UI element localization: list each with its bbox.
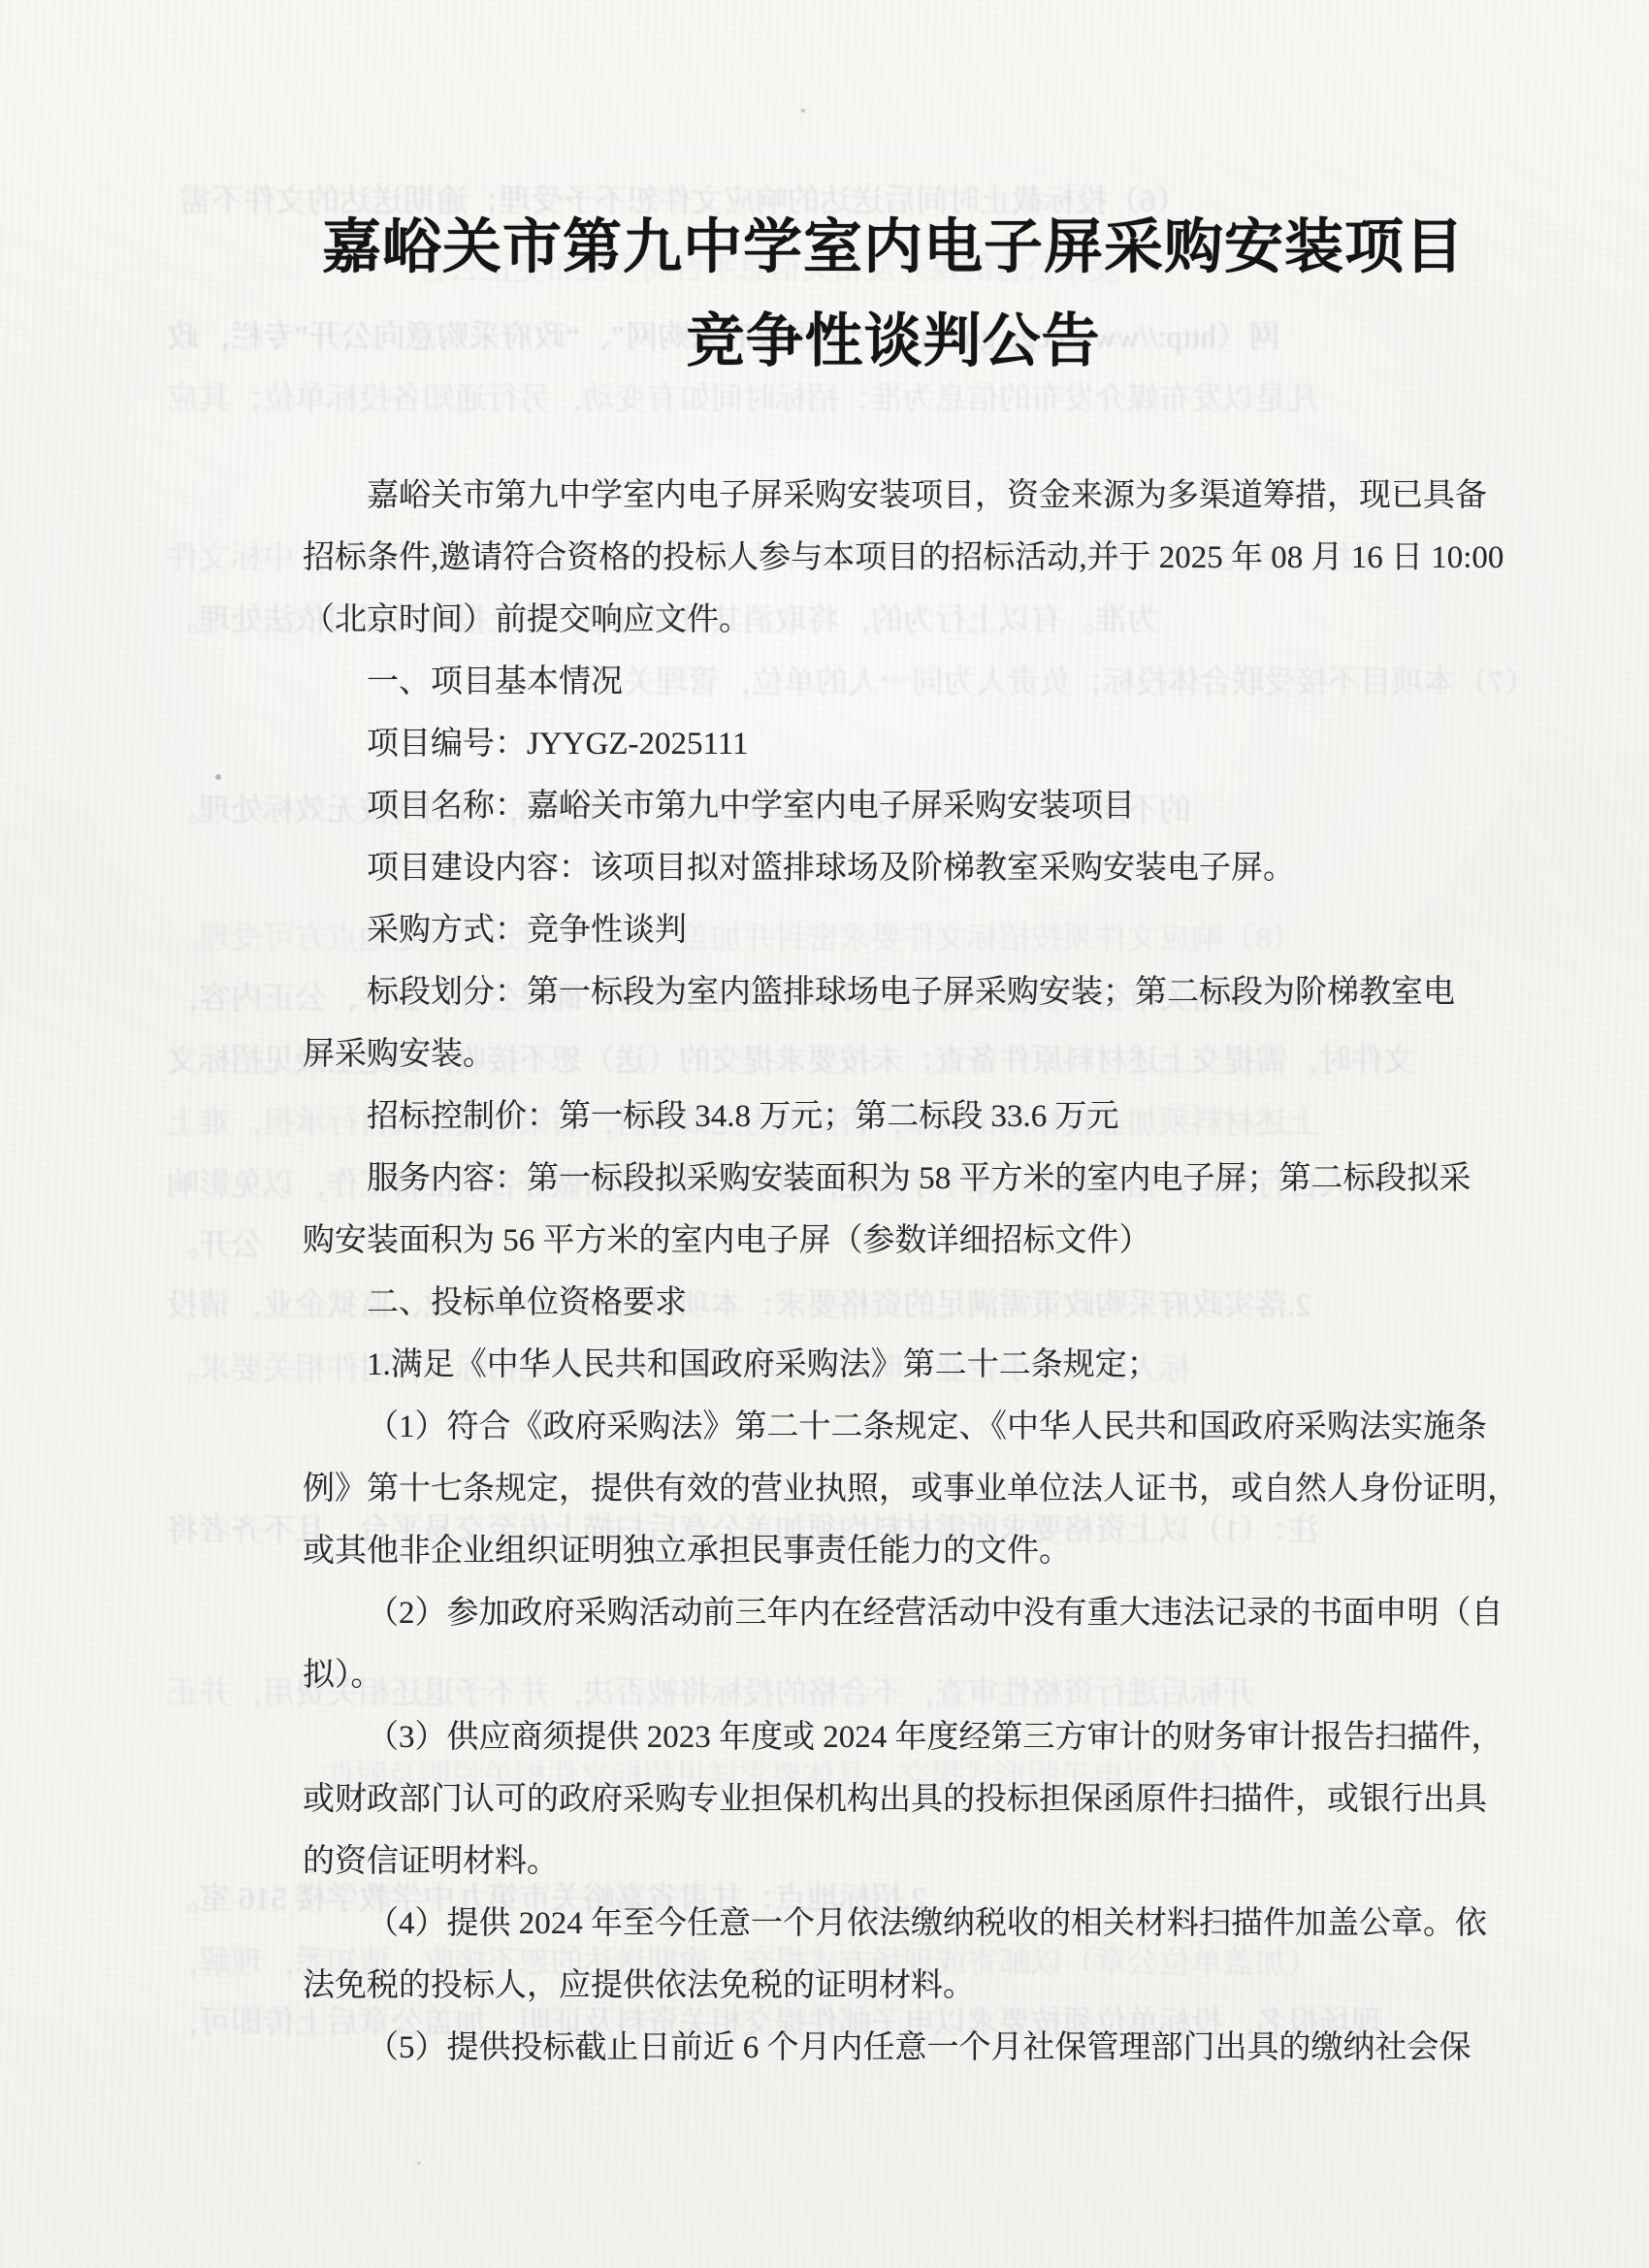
text-line: 或其他非企业组织证明独立承担民事责任能力的文件。	[303, 1520, 1505, 1582]
scanned-document-page: { "colors": { "paper": "#f6f5f2", "ink":…	[0, 0, 1649, 2268]
text-line: （3）供应商须提供 2023 年度或 2024 年度经第三方审计的财务审计报告扫…	[303, 1706, 1505, 1768]
text-line: 法免税的投标人，应提供依法免税的证明材料。	[303, 1955, 1505, 2017]
text-line: 服务内容：第一标段拟采购安装面积为 58 平方米的室内电子屏；第二标段拟采	[303, 1148, 1505, 1210]
text-line: 招标控制价：第一标段 34.8 万元；第二标段 33.6 万元	[303, 1085, 1505, 1148]
document-title: 嘉峪关市第九中学室内电子屏采购安装项目 竞争性谈判公告	[299, 199, 1488, 389]
text-line: 的资信证明材料。	[303, 1831, 1505, 1893]
text-line: 拟）。	[303, 1644, 1505, 1706]
text-line: 屏采购安装。	[303, 1023, 1505, 1085]
document-content: 嘉峪关市第九中学室内电子屏采购安装项目 竞争性谈判公告 嘉峪关市第九中学室内电子…	[0, 0, 1649, 2268]
body-text: 嘉峪关市第九中学室内电子屏采购安装项目，资金来源为多渠道筹措，现已具备招标条件,…	[303, 465, 1505, 2079]
text-line: （5）提供投标截止日前近 6 个月内任意一个月社保管理部门出具的缴纳社会保	[303, 2017, 1505, 2079]
text-line: 1.满足《中华人民共和国政府采购法》第二十二条规定；	[303, 1334, 1505, 1396]
text-line: 项目编号：JYYGZ-2025111	[303, 713, 1505, 775]
text-line: （2）参加政府采购活动前三年内在经营活动中没有重大违法记录的书面申明（自	[303, 1582, 1505, 1644]
text-line: 例》第十七条规定，提供有效的营业执照，或事业单位法人证书，或自然人身份证明，	[303, 1458, 1505, 1520]
text-line: （北京时间）前提交响应文件。	[303, 589, 1505, 651]
title-line-1: 嘉峪关市第九中学室内电子屏采购安装项目	[299, 199, 1488, 294]
text-line: 招标条件,邀请符合资格的投标人参与本项目的招标活动,并于 2025 年 08 月…	[303, 527, 1505, 589]
text-line: 项目名称：嘉峪关市第九中学室内电子屏采购安装项目	[303, 775, 1505, 837]
text-line: 购安装面积为 56 平方米的室内电子屏（参数详细招标文件）	[303, 1210, 1505, 1272]
text-line: 标段划分：第一标段为室内篮排球场电子屏采购安装；第二标段为阶梯教室电	[303, 961, 1505, 1023]
title-line-2: 竞争性谈判公告	[299, 294, 1488, 389]
text-line: 或财政部门认可的政府采购专业担保机构出具的投标担保函原件扫描件，或银行出具	[303, 1768, 1505, 1831]
text-line: 采购方式：竞争性谈判	[303, 899, 1505, 961]
text-line: 二、投标单位资格要求	[303, 1272, 1505, 1334]
text-line: （1）符合《政府采购法》第二十二条规定、《中华人民共和国政府采购法实施条	[303, 1396, 1505, 1458]
text-line: 一、项目基本情况	[303, 651, 1505, 713]
text-line: （4）提供 2024 年至今任意一个月依法缴纳税收的相关材料扫描件加盖公章。依	[303, 1893, 1505, 1955]
text-line: 嘉峪关市第九中学室内电子屏采购安装项目，资金来源为多渠道筹措，现已具备	[303, 465, 1505, 527]
text-line: 项目建设内容：该项目拟对篮排球场及阶梯教室采购安装电子屏。	[303, 837, 1505, 899]
